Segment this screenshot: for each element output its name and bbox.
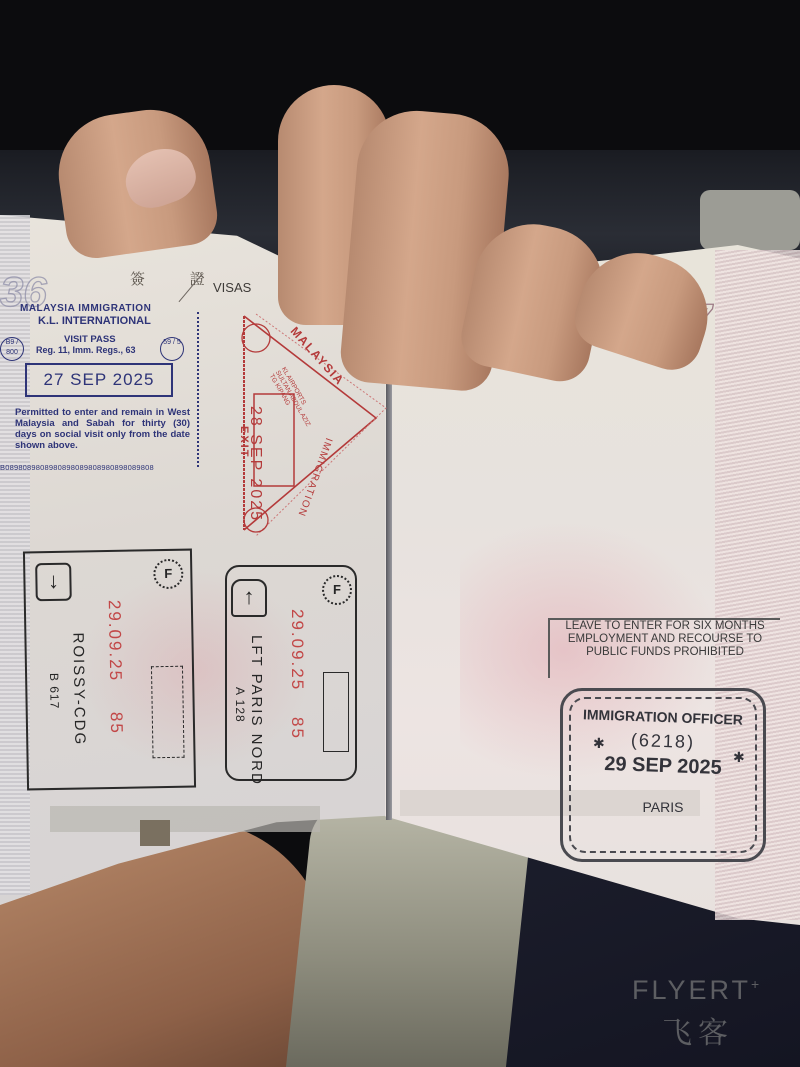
exit-stamp-label: EXIT <box>238 426 250 458</box>
entry-stamp-post: B 617 <box>47 673 62 710</box>
exit-stamp-post: A 128 <box>233 687 247 723</box>
exit-stamp-date-fr: 29.09.25 <box>287 609 307 691</box>
visas-heading-chinese: 簽 證 <box>130 268 225 289</box>
exit-stamp-code-fr: 85 <box>287 717 307 740</box>
io-stamp-location: PARIS <box>563 799 763 815</box>
entry-stamp-code: 85 <box>106 712 126 735</box>
uk-leave-to-enter-stamp: LEAVE TO ENTER FOR SIX MONTHS EMPLOYMENT… <box>548 618 780 678</box>
stamp-pass-type: VISIT PASS <box>64 334 116 345</box>
stamp-authority: MALAYSIA IMMIGRATION <box>20 303 151 314</box>
stamp-serial: B0898089808980898089808980898089808 <box>0 463 205 472</box>
country-code-badge: F <box>153 559 184 590</box>
country-code-badge: F <box>322 575 352 605</box>
flyert-watermark: FLYERT+ 飞客 <box>632 975 762 1052</box>
visas-heading: VISAS <box>213 280 251 295</box>
stamp-port: K.L. INTERNATIONAL <box>38 315 151 327</box>
schengen-entry-stamp: ↓ F 29.09.25 85 ROISSY-CDG B 617 <box>23 549 196 791</box>
watermark-brand: FLYERT <box>632 975 751 1005</box>
train-glyph-icon <box>151 666 185 759</box>
stamp-regulation: Reg. 11, Imm. Regs., 63 <box>36 345 136 355</box>
departure-arrow-icon: ↑ <box>231 579 267 617</box>
exit-stamp-place: LFT PARIS NORD <box>248 635 265 786</box>
arrival-arrow-icon: ↓ <box>35 563 72 602</box>
train-glyph-icon <box>323 672 349 752</box>
uk-immigration-stamp: IMMIGRATION OFFICER ✱ (6218) ✱ 29 SEP 20… <box>560 688 766 862</box>
stamp-conditions: Permitted to enter and remain in West Ma… <box>15 407 190 451</box>
stamp-circle-code-right: 59 / 5 <box>160 337 184 361</box>
redacted-block <box>140 820 170 846</box>
redacted-mrz-left <box>50 806 320 832</box>
schengen-exit-stamp: ↑ F 29.09.25 85 LFT PARIS NORD A 128 <box>225 565 357 781</box>
entry-stamp-place: ROISSY-CDG <box>69 632 88 746</box>
uk-stamp-line3: PUBLIC FUNDS PROHIBITED <box>550 646 780 659</box>
stamp-date: 27 SEP 2025 <box>25 363 173 397</box>
exit-stamp-date: 28 SEP 2025 <box>246 406 264 522</box>
entry-stamp-date: 29.09.25 <box>104 600 125 683</box>
uk-stamp-line1: LEAVE TO ENTER FOR SIX MONTHS <box>550 620 780 633</box>
uk-stamp-line2: EMPLOYMENT AND RECOURSE TO <box>550 633 780 646</box>
watermark-plus: + <box>751 976 762 992</box>
background-fabric <box>700 190 800 250</box>
malaysia-entry-stamp: MALAYSIA IMMIGRATION K.L. INTERNATIONAL … <box>0 297 205 470</box>
watermark-brand-chinese: 飞客 <box>662 1008 762 1052</box>
stamp-serial-border <box>197 312 207 467</box>
stamp-circle-code-left: B9 / 800 <box>0 337 24 361</box>
